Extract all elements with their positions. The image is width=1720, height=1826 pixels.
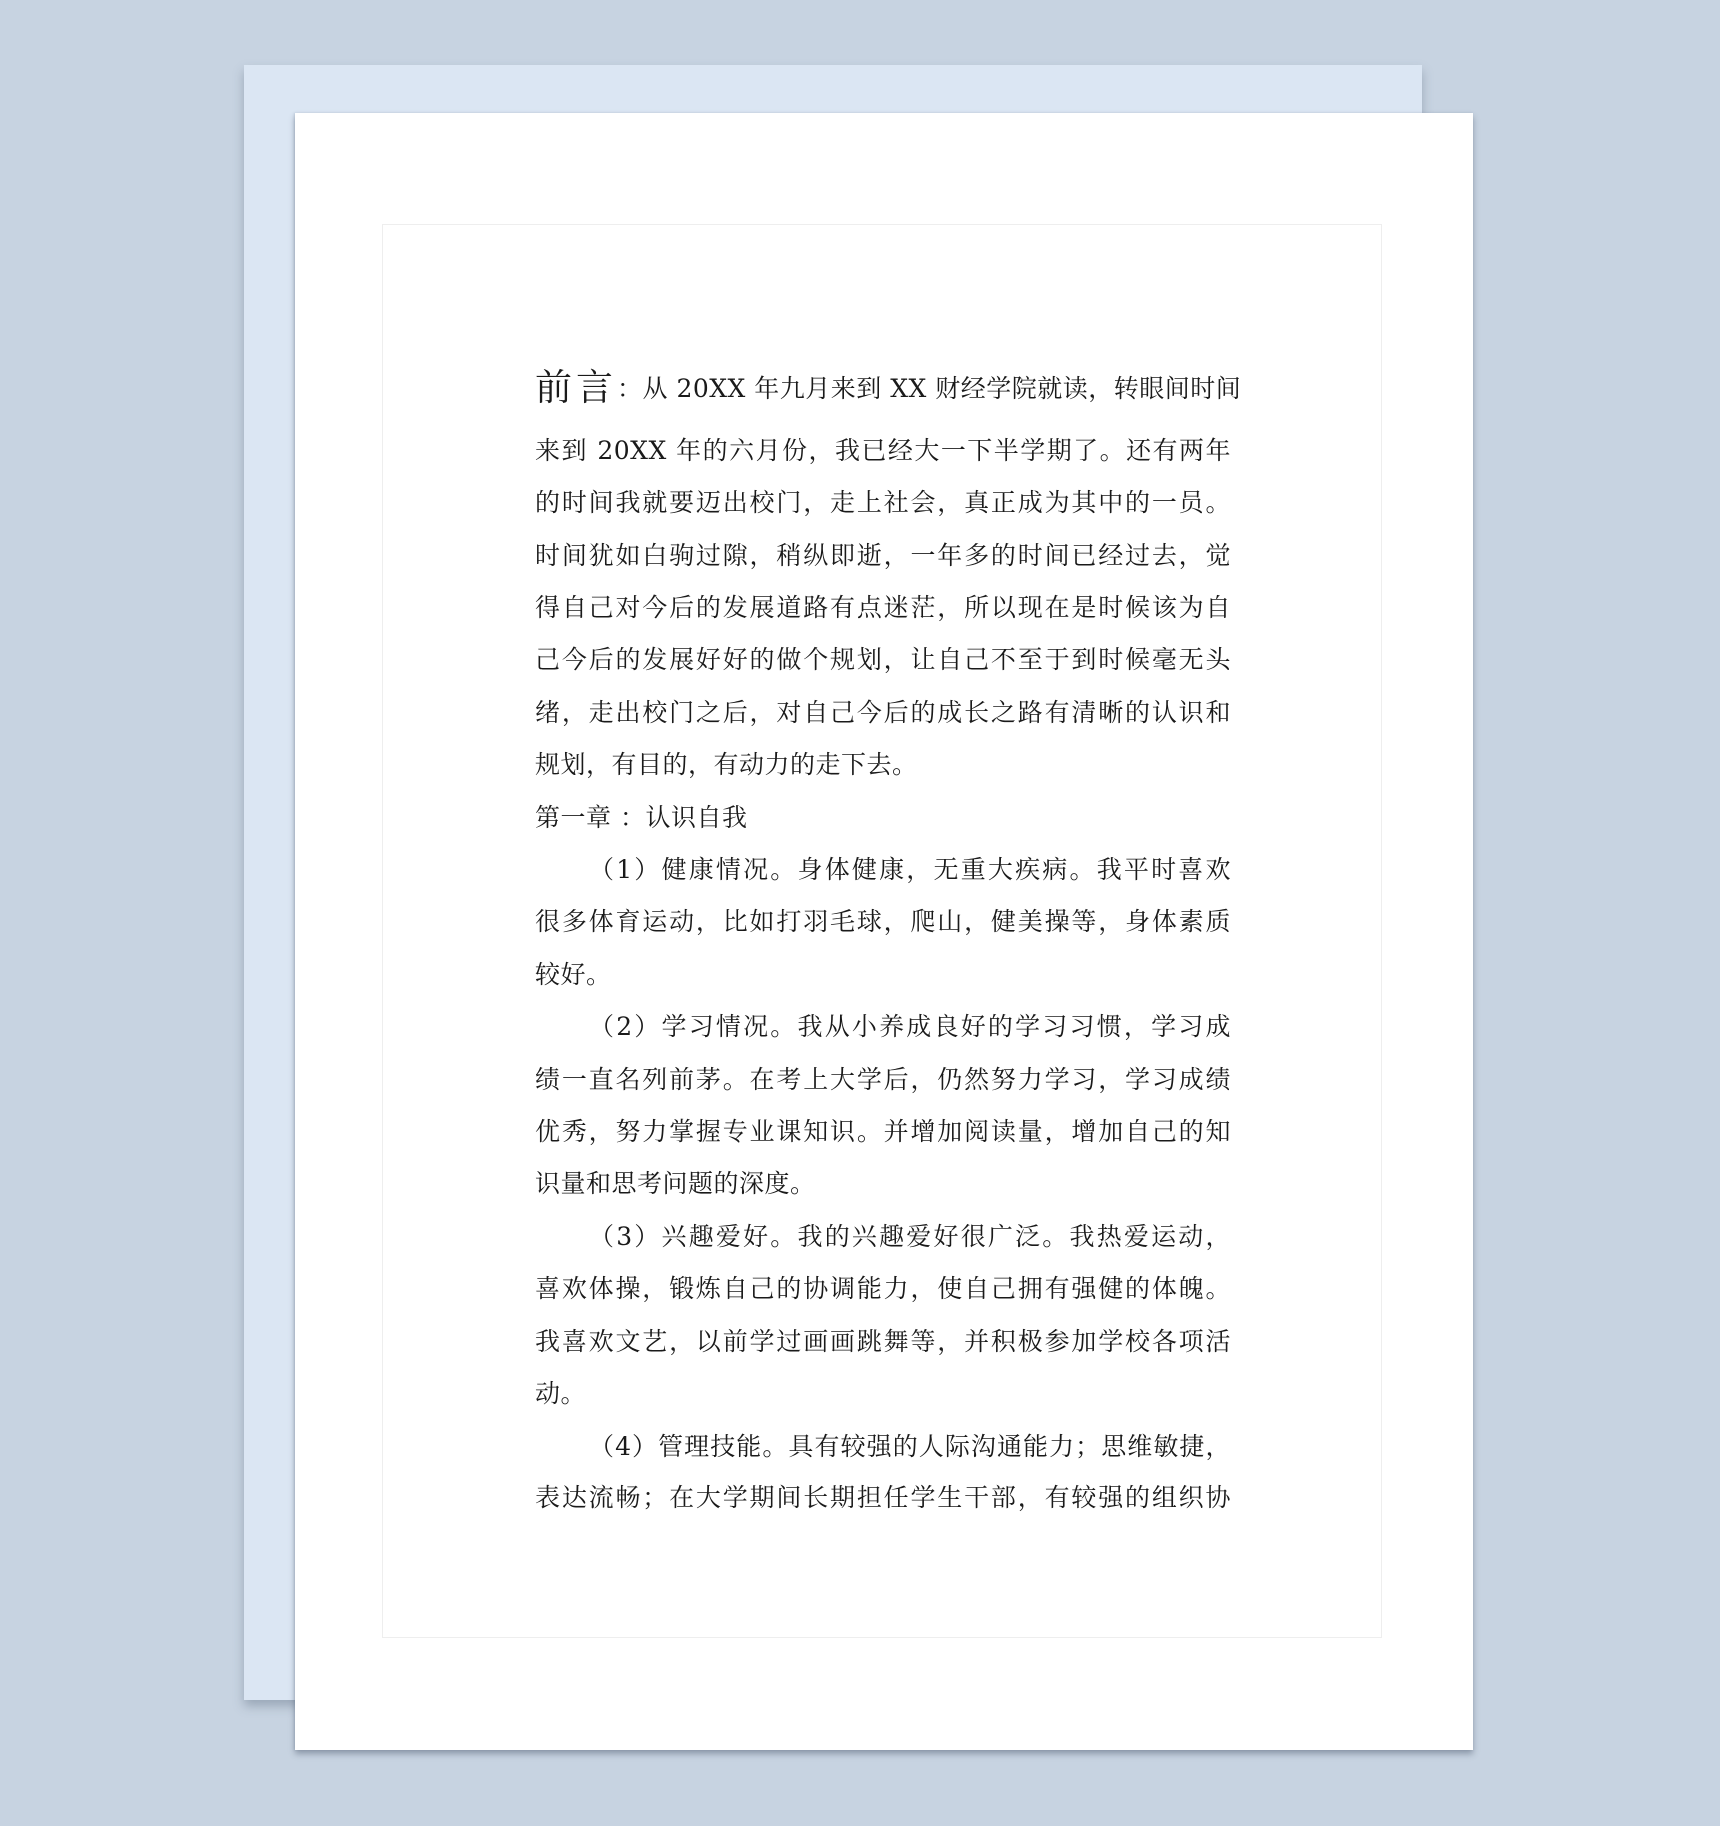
preface-line: 来到 20XX 年的六月份，我已经大一下半学期了。还有两年	[535, 436, 1231, 466]
preface-line: 的时间我就要迈出校门，走上社会，真正成为其中的一员。	[535, 488, 1231, 518]
preface-line: 时间犹如白驹过隙，稍纵即逝，一年多的时间已经过去，觉	[535, 541, 1231, 571]
section-2-line: （2）学习情况。我从小养成良好的学习习惯，学习成	[589, 1012, 1231, 1042]
preface-first-line-text: ：从 20XX 年九月来到 XX 财经学院就读，转眼间时间	[617, 374, 1241, 403]
preface-line: 得自己对今后的发展道路有点迷茫，所以现在是时候该为自	[535, 593, 1231, 623]
section-2-line: 优秀，努力掌握专业课知识。并增加阅读量，增加自己的知	[535, 1117, 1231, 1147]
section-3-line: 我喜欢文艺，以前学过画画跳舞等，并积极参加学校各项活	[535, 1327, 1231, 1357]
section-1-line: 很多体育运动，比如打羽毛球，爬山，健美操等，身体素质	[535, 907, 1231, 937]
preface-line: 绪，走出校门之后，对自己今后的成长之路有清晰的认识和	[535, 698, 1231, 728]
section-2-line: 识量和思考问题的深度。	[535, 1169, 1231, 1199]
section-2-line: 绩一直名列前茅。在考上大学后，仍然努力学习，学习成绩	[535, 1065, 1231, 1095]
section-1-line: （1）健康情况。身体健康，无重大疾病。我平时喜欢	[589, 855, 1231, 885]
preface-line: 己今后的发展好好的做个规划，让自己不至于到时候毫无头	[535, 645, 1231, 675]
document-page: 前言：从 20XX 年九月来到 XX 财经学院就读，转眼间时间 来到 20XX …	[295, 113, 1473, 1750]
section-1-line: 较好。	[535, 960, 1231, 990]
preface-first-line: 前言：从 20XX 年九月来到 XX 财经学院就读，转眼间时间	[535, 373, 1231, 403]
section-3-line: 动。	[535, 1379, 1231, 1409]
section-3-line: 喜欢体操，锻炼自己的协调能力，使自己拥有强健的体魄。	[535, 1274, 1231, 1304]
preface-line: 规划，有目的，有动力的走下去。	[535, 750, 1231, 780]
section-3-line: （3）兴趣爱好。我的兴趣爱好很广泛。我热爱运动，	[589, 1222, 1231, 1252]
chapter-title: 第一章 ：认识自我	[535, 803, 1231, 833]
section-4-line: （4）管理技能。具有较强的人际沟通能力；思维敏捷，	[589, 1432, 1231, 1462]
section-4-line: 表达流畅；在大学期间长期担任学生干部，有较强的组织协	[535, 1483, 1231, 1513]
preface-heading: 前言	[535, 366, 617, 409]
